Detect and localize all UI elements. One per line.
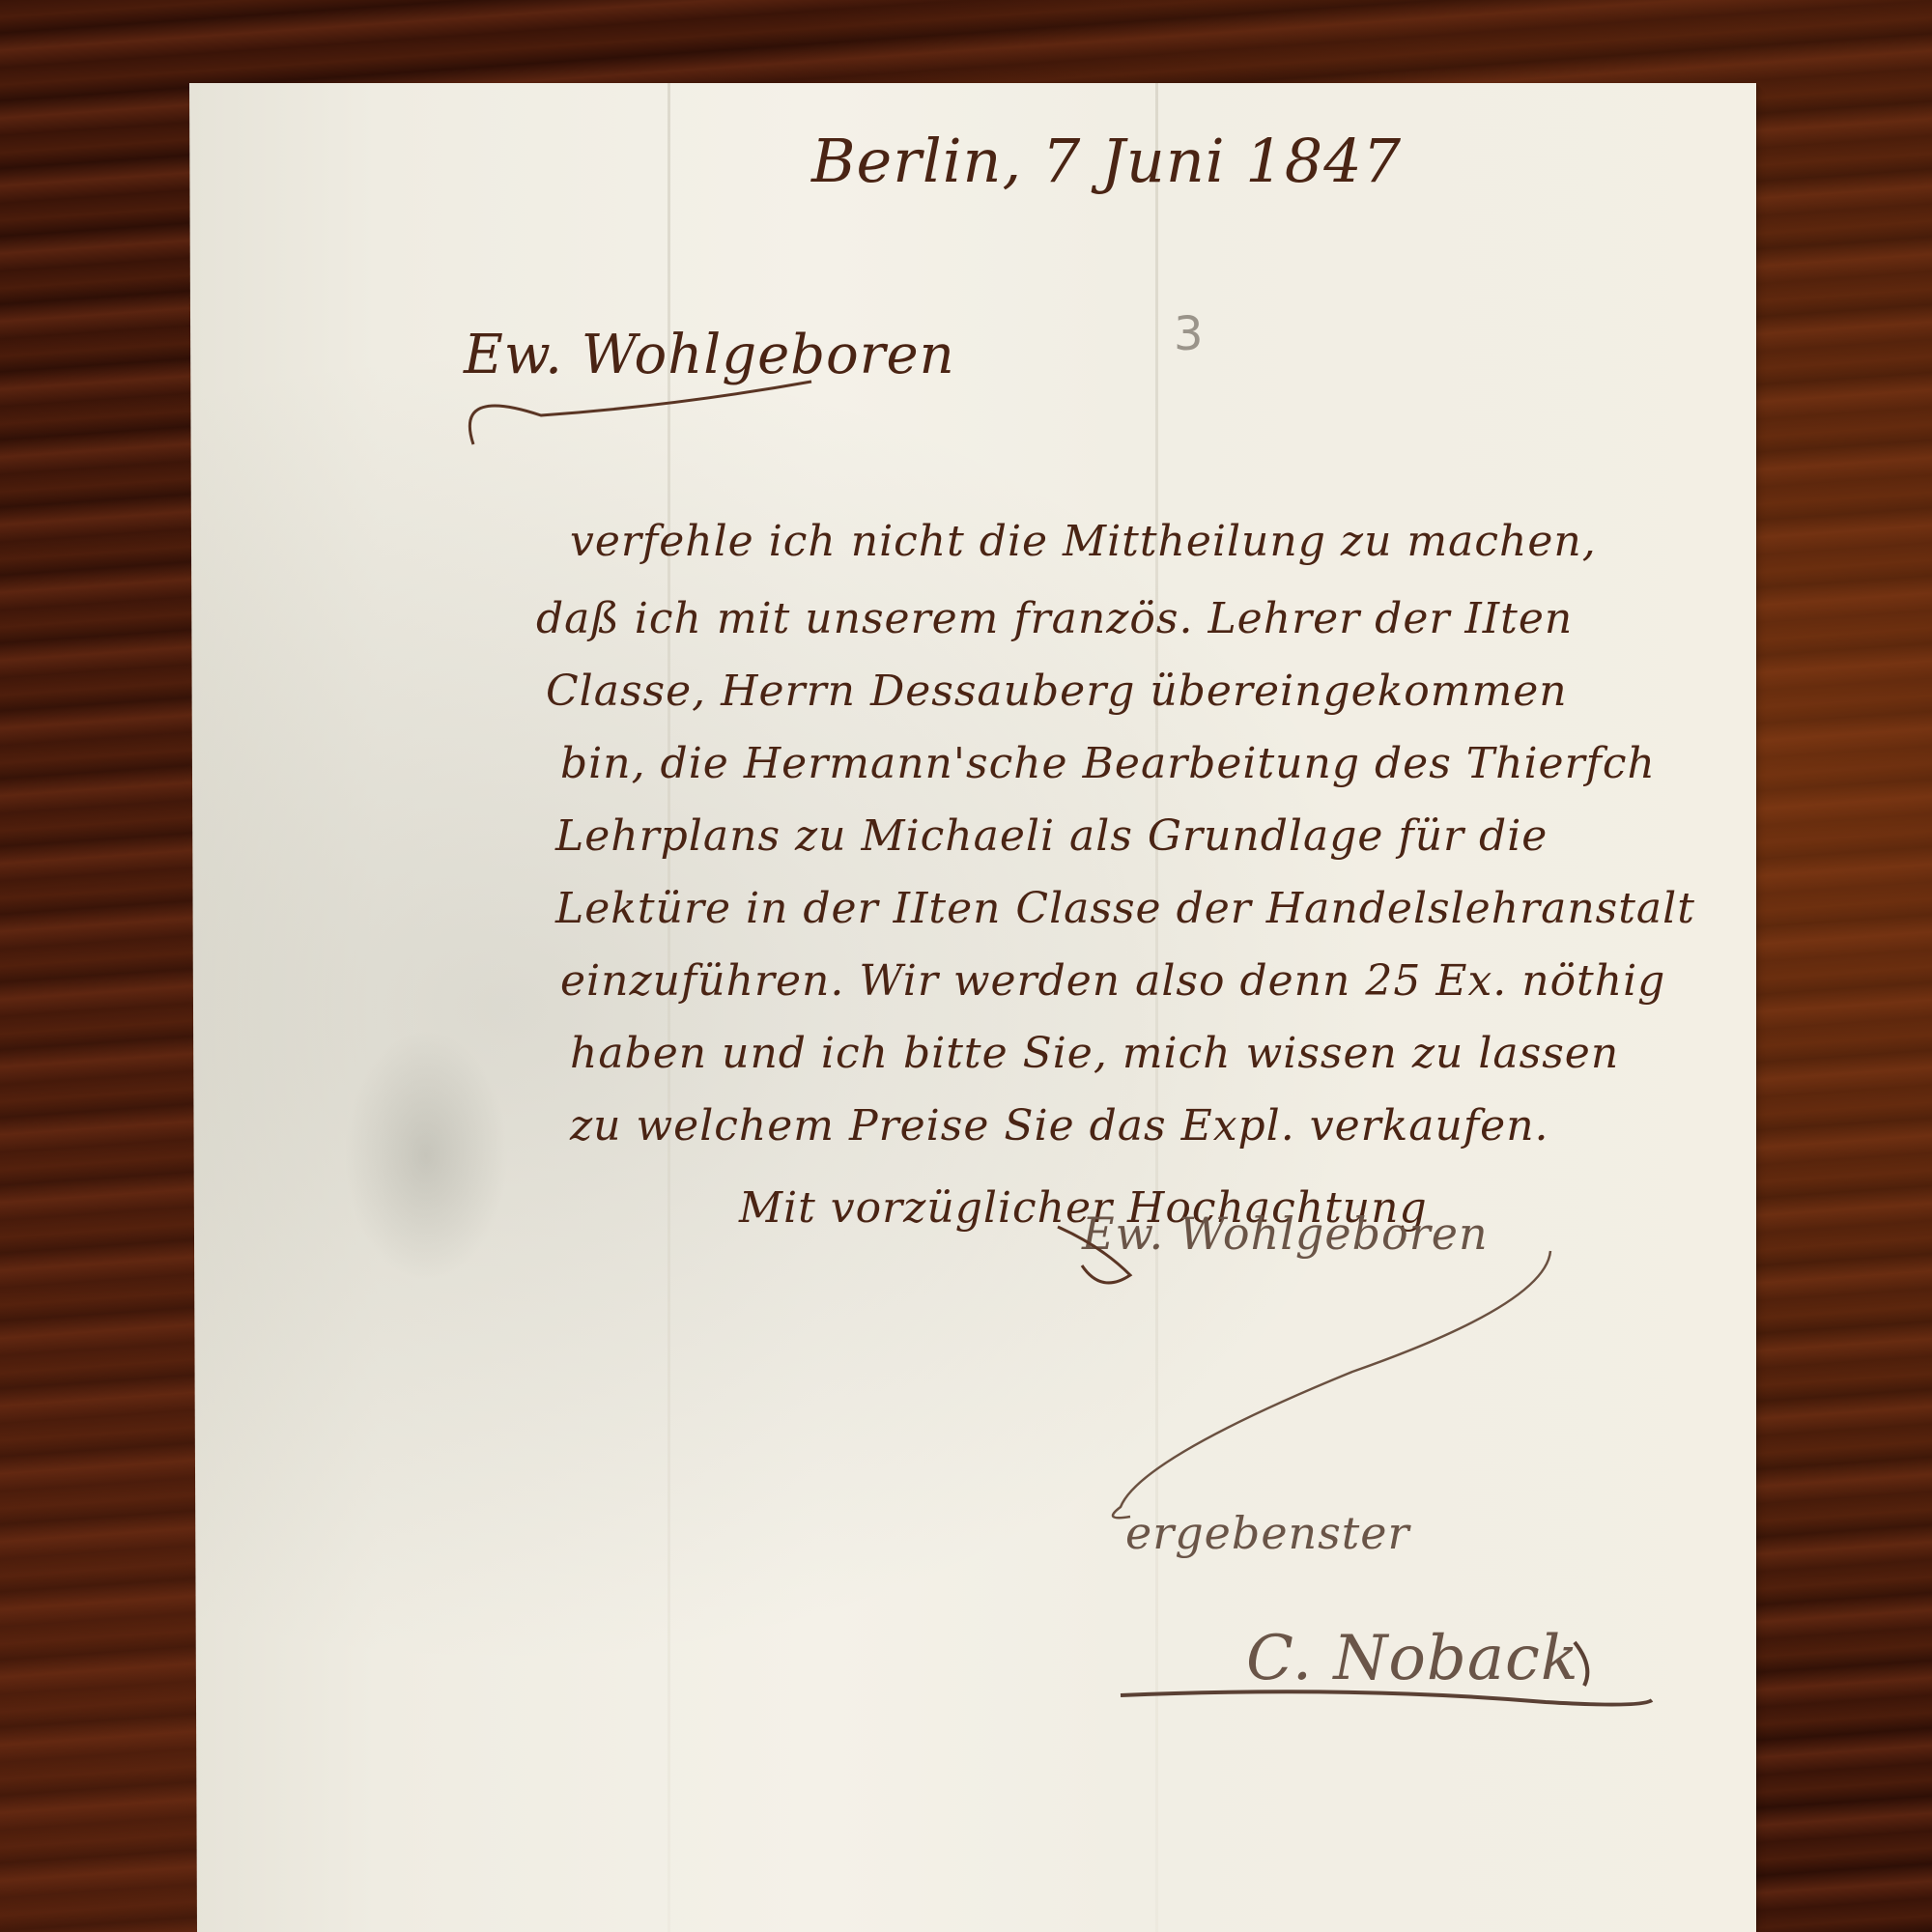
letter-body-line: haben und ich bitte Sie, mich wissen zu … <box>570 1029 1619 1078</box>
letter-body-line: bin, die Hermann'sche Bearbeitung des Th… <box>560 739 1656 788</box>
letter-body-line: daß ich mit unserem französ. Lehrer der … <box>536 594 1573 643</box>
letter-body-line: verfehle ich nicht die Mittheilung zu ma… <box>570 517 1597 566</box>
letter-body-line: Lektüre in der IIten Classe der Handelsl… <box>555 884 1695 933</box>
archive-pencil-mark: 3 <box>1174 307 1205 361</box>
letter-body-line: einzuführen. Wir werden also denn 25 Ex.… <box>560 956 1665 1006</box>
letter-body-line: Lehrplans zu Michaeli als Grundlage für … <box>555 811 1548 861</box>
letter-body-line: Classe, Herrn Dessauberg übereingekommen <box>546 667 1568 716</box>
paper-stain <box>344 1030 508 1281</box>
letter-signature: C. Noback <box>1246 1623 1579 1694</box>
letter-body-line: zu welchem Preise Sie das Expl. verkaufe… <box>570 1101 1549 1151</box>
letter-dateline: Berlin, 7 Juni 1847 <box>811 126 1402 196</box>
letter-closing-word: ergebenster <box>1125 1507 1409 1559</box>
letter-salutation: Ew. Wohlgeboren <box>464 324 955 386</box>
paper-fold-line <box>1155 83 1158 1932</box>
letter-closing-address: Ew. Wohlgeboren <box>1082 1207 1489 1260</box>
